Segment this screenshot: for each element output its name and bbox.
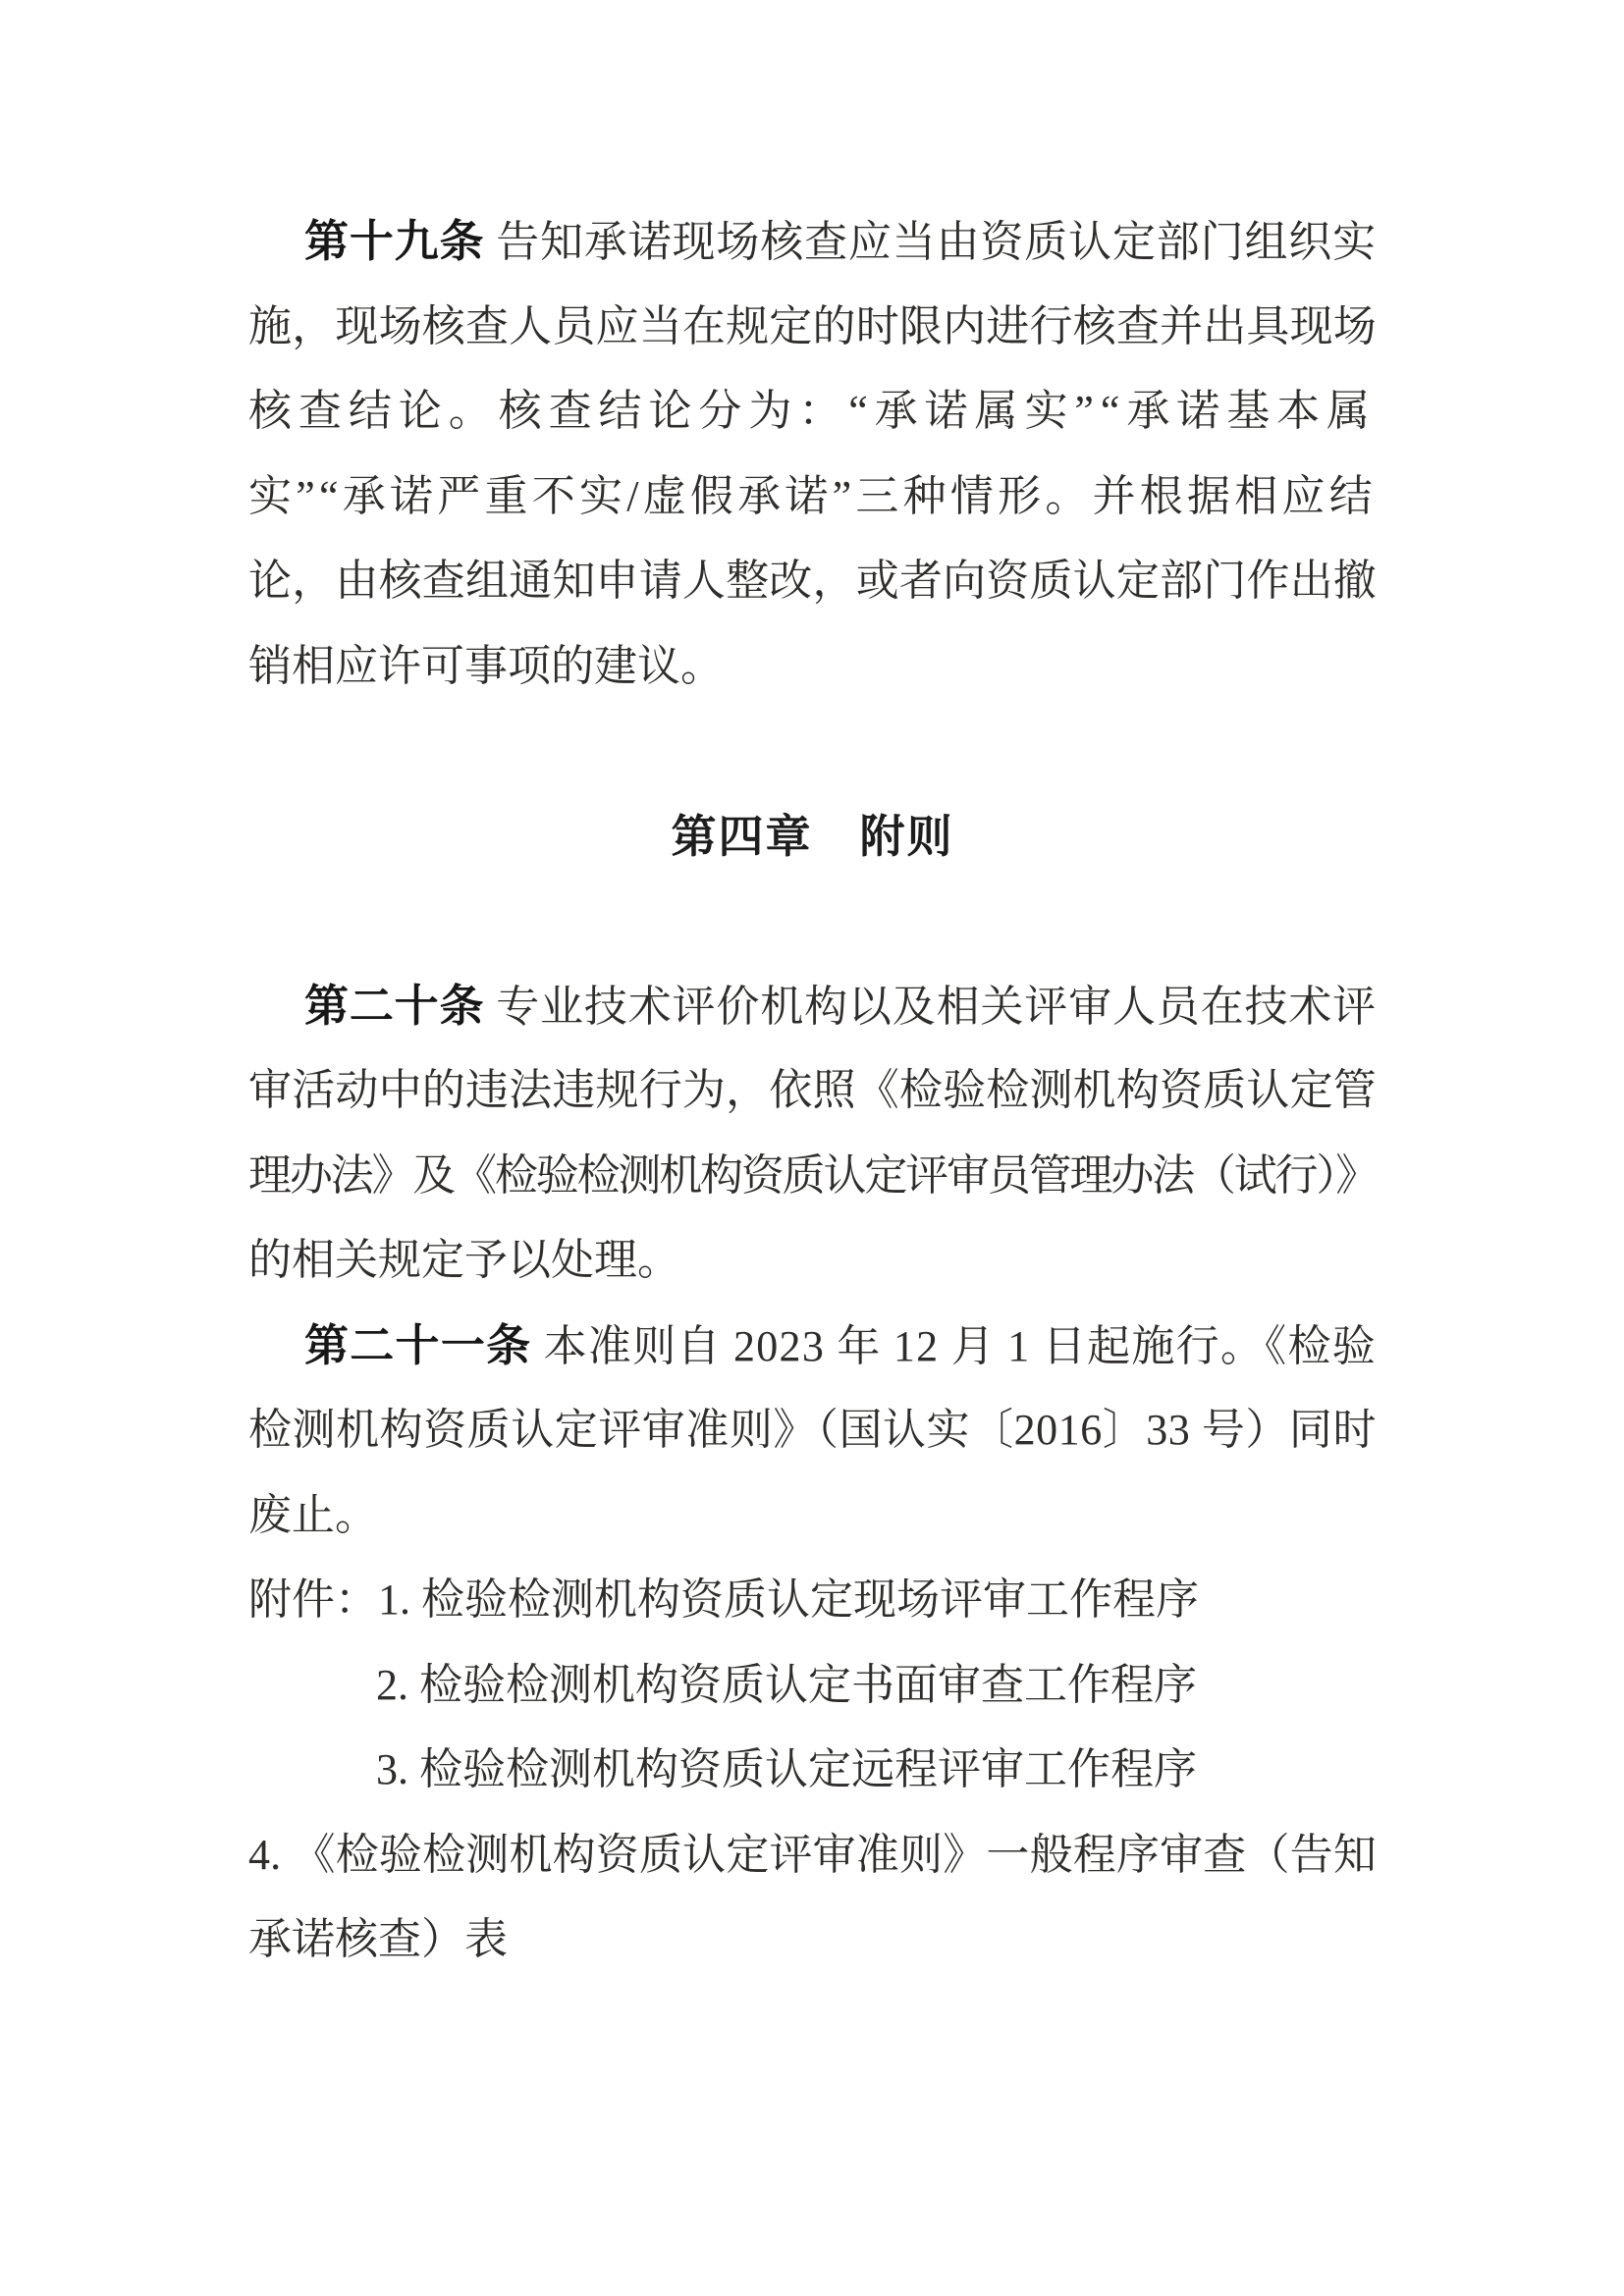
text-line-content: 实”“承诺严重不实/虚假承诺”三种情形。并根据相应结 <box>248 472 1377 520</box>
body-text: 告知承诺现场核查应当由资质认定部门组织实 <box>484 218 1377 266</box>
text-line-content: 4. 《检验检测机构资质认定评审准则》一般程序审查（告知 <box>248 1831 1377 1879</box>
text-line: 4. 《检验检测机构资质认定评审准则》一般程序审查（告知 <box>248 1813 1377 1898</box>
body-text: 审活动中的违法违规行为，依照《检验检测机构资质认定管 <box>248 1066 1377 1114</box>
text-line-content: 审活动中的违法违规行为，依照《检验检测机构资质认定管 <box>248 1066 1377 1114</box>
body-text: 检测机构资质认定评审准则》（国认实〔2016〕33 号）同时 <box>248 1406 1377 1454</box>
text-line-content: 附件：1. 检验检测机构资质认定现场评审工作程序 <box>248 1575 1199 1624</box>
body-text: 4. 《检验检测机构资质认定评审准则》一般程序审查（告知 <box>248 1831 1377 1879</box>
article-number-label: 第二十条 <box>304 981 484 1031</box>
body-text: 2. 检验检测机构资质认定书面审查工作程序 <box>376 1661 1197 1709</box>
text-line: 第十九条 告知承诺现场核查应当由资质认定部门组织实 <box>304 199 1377 285</box>
body-text: 核查结论。核查结论分为：“承诺属实”“承诺基本属 <box>248 387 1377 435</box>
text-line-content: 施，现场核查人员应当在规定的时限内进行核查并出具现场 <box>248 302 1377 350</box>
body-text: 施，现场核查人员应当在规定的时限内进行核查并出具现场 <box>248 302 1377 350</box>
text-line: 附件：1. 检验检测机构资质认定现场评审工作程序 <box>248 1558 1377 1643</box>
body-text: 3. 检验检测机构资质认定远程评审工作程序 <box>376 1745 1197 1793</box>
body-text: 论，由核查组通知申请人整改，或者向资质认定部门作出撤 <box>248 557 1377 605</box>
document-text-block: 第十九条 告知承诺现场核查应当由资质认定部门组织实施，现场核查人员应当在规定的时… <box>248 199 1377 1983</box>
text-line-content: 承诺核查）表 <box>248 1915 508 1963</box>
attachments-list: 附件：1. 检验检测机构资质认定现场评审工作程序2. 检验检测机构资质认定书面审… <box>248 1558 1377 1983</box>
text-line: 检测机构资质认定评审准则》（国认实〔2016〕33 号）同时 <box>248 1388 1377 1473</box>
blank-line <box>248 879 1377 964</box>
text-line-content: 第十九条 告知承诺现场核查应当由资质认定部门组织实 <box>304 218 1377 266</box>
text-line-content: 理办法》及《检验检测机构资质认定评审员管理办法（试行）》 <box>248 1151 1377 1200</box>
document-page: 第十九条 告知承诺现场核查应当由资质认定部门组织实施，现场核查人员应当在规定的时… <box>0 0 1624 2296</box>
body-text: 废止。 <box>248 1491 378 1539</box>
text-line: 废止。 <box>248 1473 1377 1559</box>
article-19-paragraph: 第十九条 告知承诺现场核查应当由资质认定部门组织实施，现场核查人员应当在规定的时… <box>248 199 1377 709</box>
text-line: 审活动中的违法违规行为，依照《检验检测机构资质认定管 <box>248 1048 1377 1134</box>
text-line: 2. 检验检测机构资质认定书面审查工作程序 <box>376 1643 1377 1729</box>
text-line-content: 3. 检验检测机构资质认定远程评审工作程序 <box>376 1745 1197 1793</box>
text-line-content: 第二十条 专业技术评价机构以及相关评审人员在技术评 <box>304 983 1377 1031</box>
body-text: 的相关规定予以处理。 <box>248 1236 680 1284</box>
body-text: 专业技术评价机构以及相关评审人员在技术评 <box>484 983 1377 1031</box>
text-line-content: 核查结论。核查结论分为：“承诺属实”“承诺基本属 <box>248 387 1377 435</box>
body-text: 销相应许可事项的建议。 <box>248 642 724 690</box>
text-line: 施，现场核查人员应当在规定的时限内进行核查并出具现场 <box>248 285 1377 370</box>
text-line-content: 废止。 <box>248 1491 378 1539</box>
text-line-content: 检测机构资质认定评审准则》（国认实〔2016〕33 号）同时 <box>248 1406 1377 1454</box>
article-number-label: 第十九条 <box>304 216 484 266</box>
text-line: 实”“承诺严重不实/虚假承诺”三种情形。并根据相应结 <box>248 454 1377 540</box>
text-line-content: 销相应许可事项的建议。 <box>248 642 724 690</box>
body-text: 实”“承诺严重不实/虚假承诺”三种情形。并根据相应结 <box>248 472 1377 520</box>
text-line-content: 2. 检验检测机构资质认定书面审查工作程序 <box>376 1661 1197 1709</box>
text-line: 承诺核查）表 <box>248 1897 1377 1983</box>
text-line: 论，由核查组通知申请人整改，或者向资质认定部门作出撤 <box>248 539 1377 624</box>
text-line: 3. 检验检测机构资质认定远程评审工作程序 <box>376 1728 1377 1813</box>
article-20-paragraph: 第二十条 专业技术评价机构以及相关评审人员在技术评审活动中的违法违规行为，依照《… <box>248 964 1377 1304</box>
text-line: 的相关规定予以处理。 <box>248 1218 1377 1304</box>
body-text: 本准则自 2023 年 12 月 1 日起施行。《检验 <box>531 1322 1377 1370</box>
chapter-4-heading: 第四章 附则 <box>248 794 1377 880</box>
body-text: 附件：1. 检验检测机构资质认定现场评审工作程序 <box>248 1575 1199 1624</box>
text-line-content: 论，由核查组通知申请人整改，或者向资质认定部门作出撤 <box>248 557 1377 605</box>
text-line-content: 第二十一条 本准则自 2023 年 12 月 1 日起施行。《检验 <box>304 1322 1377 1370</box>
text-line: 第二十条 专业技术评价机构以及相关评审人员在技术评 <box>304 964 1377 1049</box>
text-line: 理办法》及《检验检测机构资质认定评审员管理办法（试行）》 <box>248 1134 1377 1219</box>
text-line: 销相应许可事项的建议。 <box>248 624 1377 710</box>
blank-line <box>248 709 1377 794</box>
text-line: 第二十一条 本准则自 2023 年 12 月 1 日起施行。《检验 <box>304 1304 1377 1389</box>
article-number-label: 第二十一条 <box>304 1320 531 1370</box>
body-text: 承诺核查）表 <box>248 1915 508 1963</box>
article-21-paragraph: 第二十一条 本准则自 2023 年 12 月 1 日起施行。《检验检测机构资质认… <box>248 1304 1377 1559</box>
body-text: 理办法》及《检验检测机构资质认定评审员管理办法（试行）》 <box>248 1151 1377 1200</box>
text-line: 核查结论。核查结论分为：“承诺属实”“承诺基本属 <box>248 369 1377 454</box>
text-line-content: 的相关规定予以处理。 <box>248 1236 680 1284</box>
